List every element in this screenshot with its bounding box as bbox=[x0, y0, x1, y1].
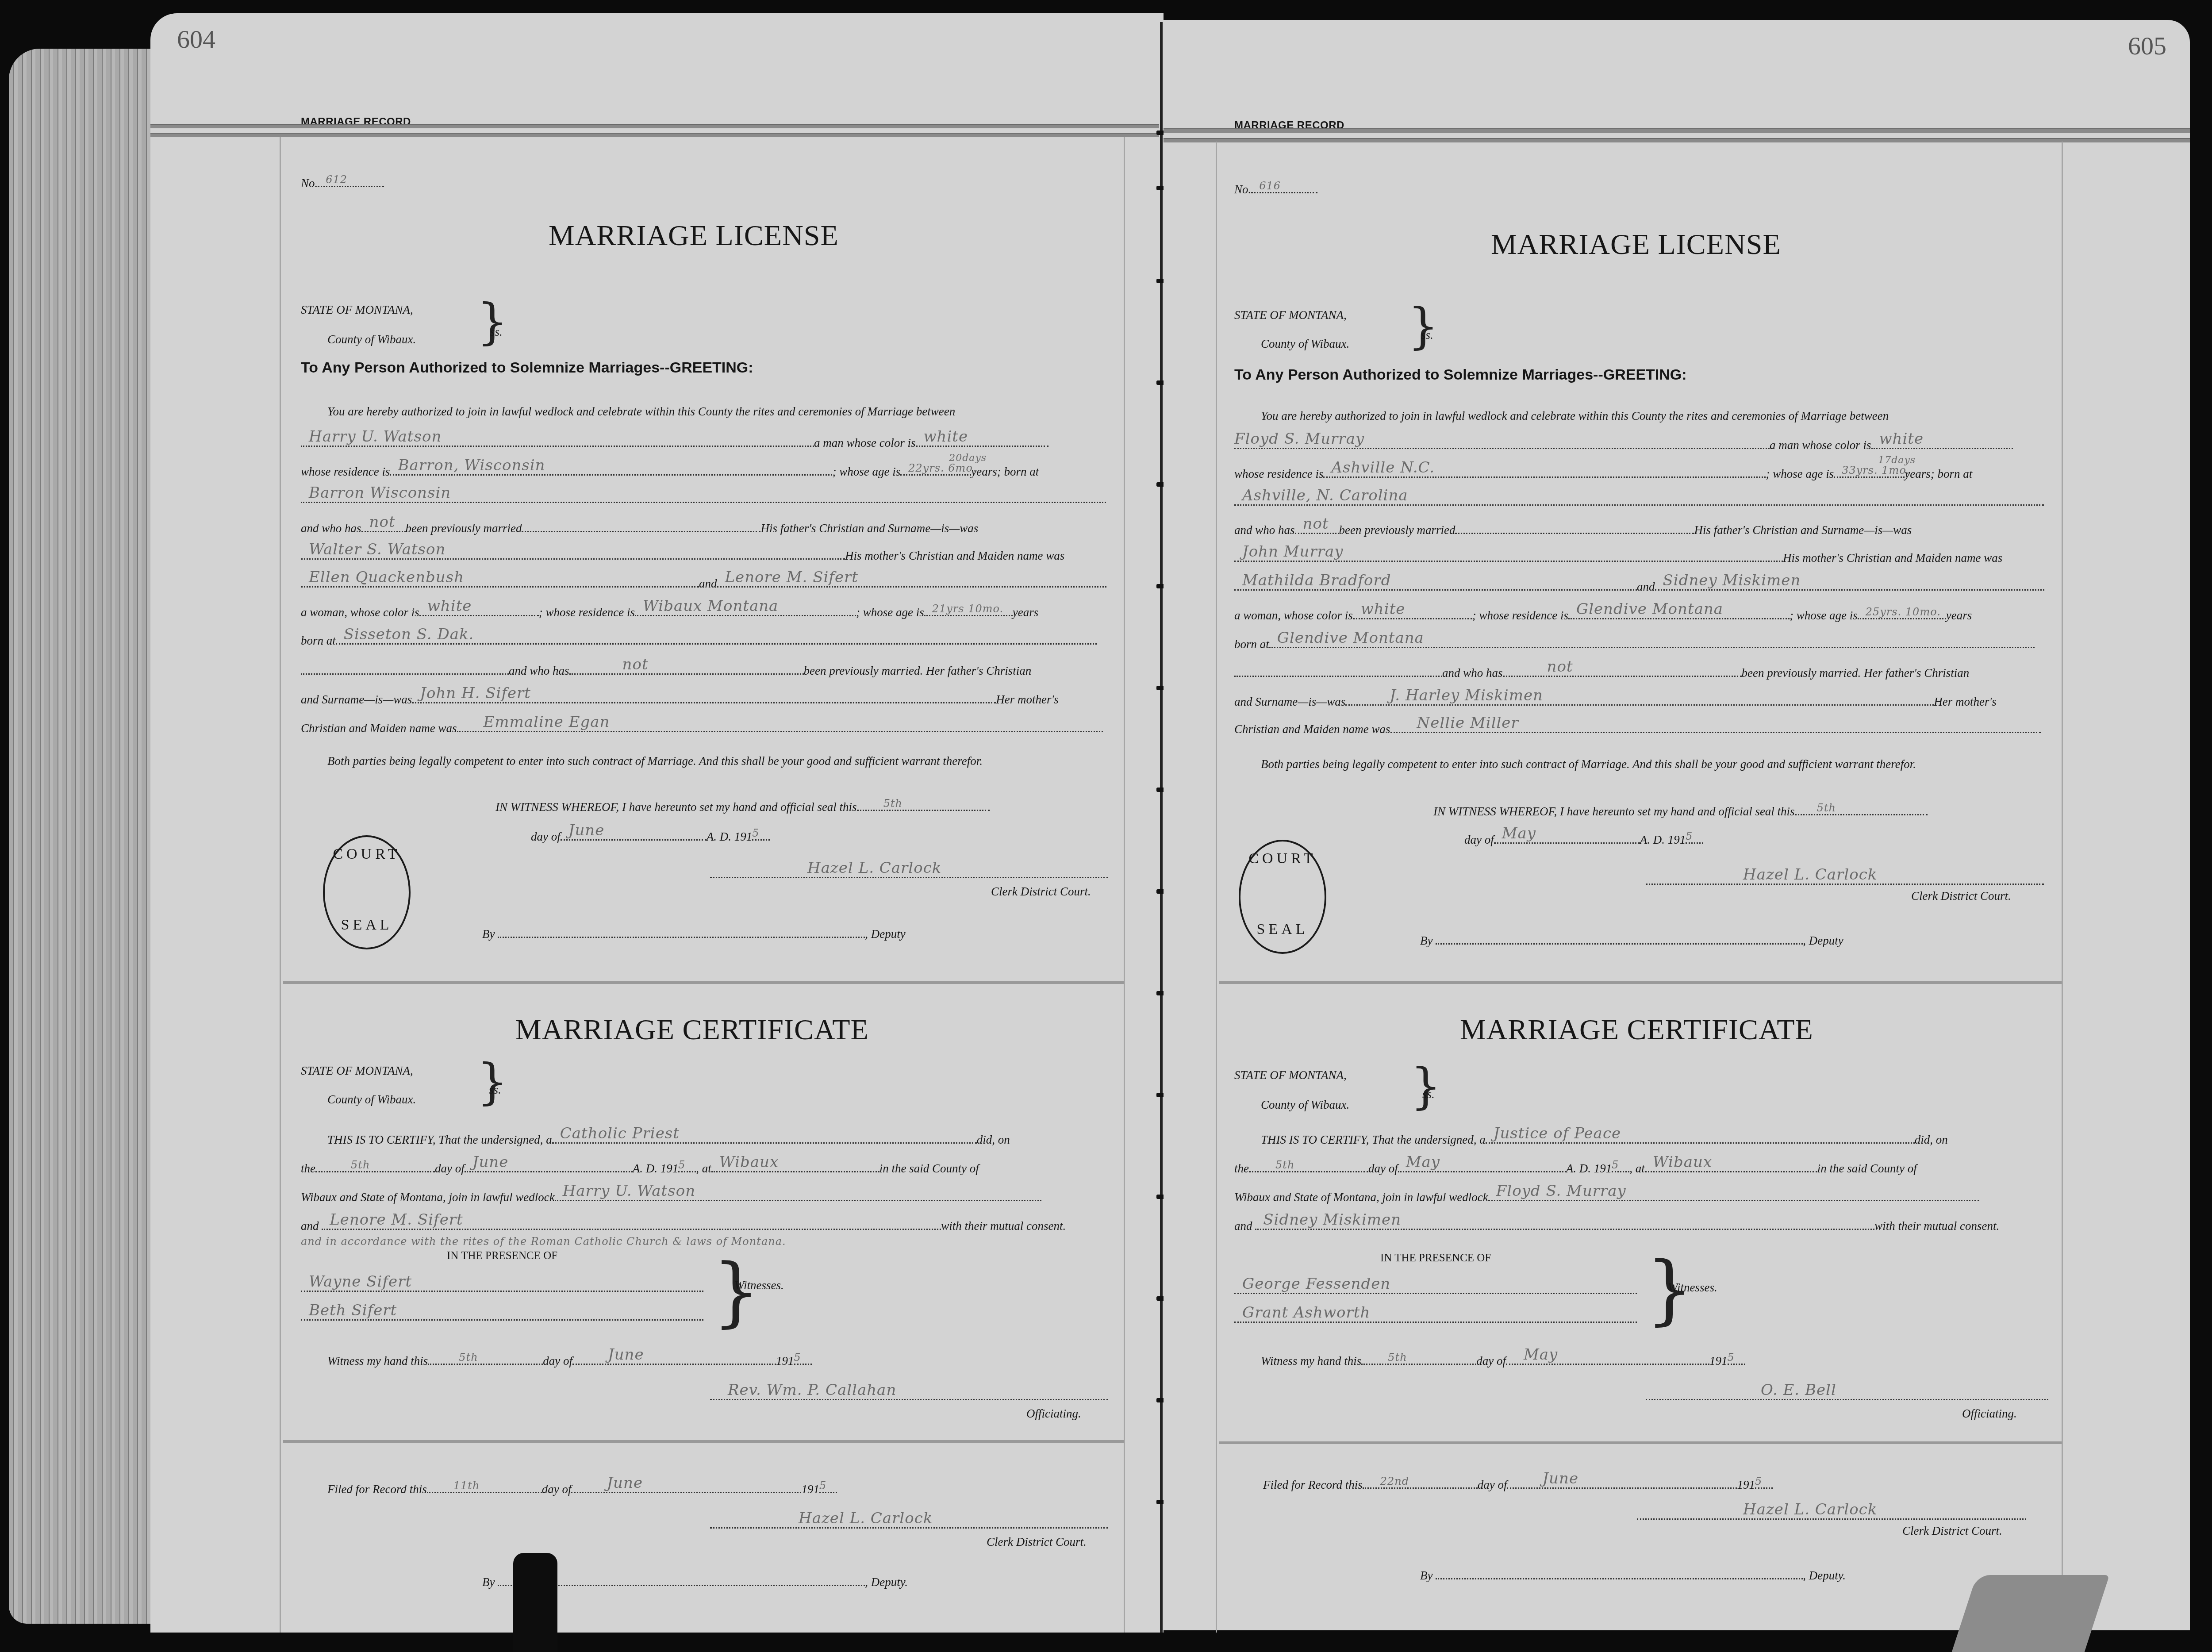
county-label: County of Wibaux. bbox=[1261, 337, 1349, 351]
license-number-field[interactable]: 612 bbox=[318, 176, 384, 187]
ceremony-month-field[interactable]: June bbox=[465, 1161, 633, 1172]
day-of-label: day of bbox=[542, 1483, 572, 1496]
the-label: the bbox=[1234, 1162, 1249, 1175]
right-section-divider-2 bbox=[1219, 1441, 2062, 1444]
certify-label: THIS IS TO CERTIFY, That the undersigned… bbox=[327, 1133, 552, 1146]
clerk-label: Clerk District Court. bbox=[991, 885, 1091, 899]
groom-residence-field[interactable]: Barron, Wisconsin bbox=[390, 465, 832, 476]
day-of-label: day of bbox=[1368, 1162, 1398, 1175]
bride-prev-label: been previously married. Her father's Ch… bbox=[1742, 666, 1970, 680]
cert-bride-field[interactable]: Sidney Miskimen bbox=[1255, 1219, 1874, 1230]
groom-mother-field[interactable]: Ellen Quackenbush bbox=[301, 576, 699, 588]
born-at-label: born at bbox=[1234, 638, 1269, 651]
witness-day-field[interactable]: 5th bbox=[1795, 804, 1928, 815]
bride-father-field[interactable]: John H. Sifert bbox=[412, 692, 996, 703]
ceremony-place-field[interactable]: Wibaux bbox=[1645, 1161, 1817, 1172]
county-label: County of Wibaux. bbox=[327, 1093, 416, 1106]
ad-label: A. D. 191 bbox=[1566, 1162, 1612, 1175]
bride-residence-field[interactable]: Glendive Montana bbox=[1568, 608, 1790, 619]
officiating-label: Officiating. bbox=[1962, 1407, 2017, 1421]
presence-label: IN THE PRESENCE OF bbox=[447, 1250, 557, 1262]
filed-month-field[interactable]: June bbox=[571, 1482, 801, 1493]
residence-label: whose residence is bbox=[301, 465, 390, 478]
residence-label: whose residence is bbox=[1234, 467, 1323, 480]
previously-married-label: been previously married bbox=[406, 522, 522, 535]
bride-color-field[interactable]: white bbox=[1353, 608, 1472, 619]
years-born-label: years; born at bbox=[971, 465, 1039, 478]
ss-label: ss. bbox=[1422, 1087, 1435, 1101]
right-header-rule-bottom bbox=[1164, 138, 2190, 142]
right-right-margin-line bbox=[2062, 142, 2063, 1633]
by-label: By bbox=[1420, 934, 1432, 947]
page-clip-left bbox=[513, 1553, 557, 1652]
born-at-label: born at bbox=[301, 634, 336, 647]
county-label: County of Wibaux. bbox=[1261, 1098, 1349, 1112]
did-on-label: did, on bbox=[1915, 1133, 1948, 1146]
cert-groom-field[interactable]: Harry U. Watson bbox=[555, 1190, 1041, 1201]
her-mother-label: Her mother's bbox=[1934, 695, 1997, 708]
filing-clerk-signature-field[interactable]: Hazel L. Carlock bbox=[710, 1518, 1108, 1529]
page-edges bbox=[9, 49, 159, 1624]
deputy-field[interactable] bbox=[498, 927, 865, 938]
year-prefix: 191 bbox=[801, 1483, 819, 1496]
filed-label: Filed for Record this bbox=[1263, 1478, 1363, 1491]
bride-mother-field[interactable]: Emmaline Egan bbox=[457, 721, 1103, 732]
right-page bbox=[1164, 20, 2190, 1630]
bride-age-field[interactable]: 25yrs. 10mo. bbox=[1858, 608, 1946, 619]
court-seal: COURT SEAL bbox=[323, 835, 411, 949]
filed-day-field[interactable]: 11th bbox=[427, 1482, 542, 1493]
witnesses-label: Witnesses. bbox=[1668, 1281, 1717, 1295]
clerk-label: Clerk District Court. bbox=[987, 1535, 1087, 1549]
witness-2-field[interactable]: Grant Ashworth bbox=[1234, 1312, 1637, 1323]
by-label: By bbox=[482, 927, 495, 941]
ss-label: ss. bbox=[1421, 328, 1433, 342]
witness-1-field[interactable]: Wayne Sifert bbox=[301, 1281, 703, 1292]
bride-age-label: ; whose age is bbox=[856, 606, 924, 619]
greeting-heading: To Any Person Authorized to Solemnize Ma… bbox=[301, 359, 753, 377]
filed-month-field[interactable]: June bbox=[1507, 1478, 1737, 1489]
bride-who-has-label: and who has bbox=[1442, 666, 1503, 680]
witness-month-field[interactable]: June bbox=[561, 830, 707, 841]
deputy-label: , Deputy bbox=[865, 927, 905, 941]
witness-1-field[interactable]: George Fessenden bbox=[1234, 1283, 1637, 1294]
witness-day-field[interactable]: 5th bbox=[857, 800, 990, 811]
intro-text: You are hereby authorized to join in law… bbox=[327, 405, 955, 419]
license-number-label: No. bbox=[301, 177, 318, 190]
and-label: and bbox=[1234, 1219, 1252, 1233]
groom-birthplace-field[interactable]: Barron Wisconsin bbox=[301, 492, 1106, 503]
hand-day-field[interactable]: 5th bbox=[428, 1354, 543, 1365]
groom-birthplace-field[interactable]: Ashville, N. Carolina bbox=[1234, 495, 2044, 506]
who-has-label: and who has bbox=[301, 522, 361, 535]
bride-age-field[interactable]: 21yrs 10mo. bbox=[924, 605, 1013, 616]
ss-label: ss. bbox=[490, 325, 503, 339]
right-margin-line bbox=[1216, 142, 1217, 1633]
presence-label: IN THE PRESENCE OF bbox=[1380, 1252, 1491, 1264]
clerk-label: Clerk District Court. bbox=[1902, 1524, 2002, 1538]
left-margin-line bbox=[280, 137, 281, 1633]
right-header-rule-top bbox=[1164, 128, 2190, 133]
groom-name-field[interactable]: Harry U. Watson bbox=[301, 436, 814, 447]
ceremony-day-field[interactable]: 5th bbox=[315, 1161, 435, 1172]
did-on-label: did, on bbox=[977, 1133, 1010, 1146]
cert-groom-field[interactable]: Floyd S. Murray bbox=[1488, 1190, 1979, 1201]
state-label: STATE OF MONTANA, bbox=[301, 1064, 413, 1078]
bride-color-field[interactable]: white bbox=[419, 605, 539, 616]
bride-birthplace-field[interactable]: Glendive Montana bbox=[1269, 637, 2035, 648]
year-prefix: 191 bbox=[1709, 1354, 1728, 1368]
year-prefix: 191 bbox=[1737, 1478, 1755, 1491]
ceremony-place-field[interactable]: Wibaux bbox=[711, 1161, 879, 1172]
page-clip-right bbox=[1952, 1575, 2110, 1652]
state-label: STATE OF MONTANA, bbox=[1234, 1068, 1347, 1082]
groom-residence-field[interactable]: Ashville N.C. bbox=[1323, 467, 1766, 478]
previously-married-label: been previously married bbox=[1339, 523, 1455, 537]
day-of-label: day of bbox=[531, 830, 561, 843]
groom-mother-field[interactable]: Mathilda Bradford bbox=[1234, 580, 1637, 591]
left-right-margin-line bbox=[1124, 137, 1125, 1633]
county-of-label: in the said County of bbox=[879, 1162, 979, 1175]
officiant-signature-field[interactable]: O. E. Bell bbox=[1646, 1389, 2048, 1400]
who-has-label: and who has bbox=[1234, 523, 1295, 537]
woman-color-label: a woman, whose color is bbox=[301, 606, 419, 619]
groom-color-field[interactable]: white bbox=[1871, 438, 2013, 449]
bride-age-label: ; whose age is bbox=[1790, 609, 1858, 622]
court-seal: COURT SEAL bbox=[1239, 840, 1326, 954]
officiant-title-field[interactable]: Catholic Priest bbox=[552, 1133, 977, 1144]
witness-whereof-text: IN WITNESS WHEREOF, I have hereunto set … bbox=[1433, 805, 1795, 818]
witnesses-label: Witnesses. bbox=[734, 1279, 784, 1292]
state-label: STATE OF MONTANA, bbox=[1234, 308, 1347, 322]
day-of-label: day of bbox=[1476, 1354, 1506, 1368]
ledger-book: 604 MARRIAGE RECORD No.612 MARRIAGE LICE… bbox=[0, 0, 2212, 1652]
filing-deputy-field[interactable] bbox=[1436, 1568, 1803, 1579]
groom-father-field[interactable]: John Murray bbox=[1234, 551, 1783, 562]
and-label: and bbox=[1637, 580, 1655, 593]
license-title: MARRIAGE LICENSE bbox=[1491, 228, 1781, 261]
consent-label: with their mutual consent. bbox=[941, 1219, 1066, 1233]
groom-previously-married-field[interactable]: not bbox=[361, 521, 406, 532]
bride-father-field[interactable]: J. Harley Miskimen bbox=[1345, 695, 1934, 706]
years-label: years bbox=[1013, 606, 1038, 619]
ad-label: A. D. 191 bbox=[707, 830, 753, 843]
left-marriage-license: No.612 MARRIAGE LICENSE STATE OF MONTANA… bbox=[292, 0, 1119, 982]
groom-age-field[interactable]: 33yrs. 1mo.17days bbox=[1834, 467, 1905, 478]
man-color-label: a man whose color is bbox=[1770, 438, 1871, 452]
clerk-signature-field[interactable]: Hazel L. Carlock bbox=[1646, 874, 2044, 885]
age-label: ; whose age is bbox=[1766, 467, 1834, 480]
officiant-title-field[interactable]: Justice of Peace bbox=[1486, 1133, 1915, 1144]
bride-prev-label: been previously married. Her father's Ch… bbox=[804, 664, 1032, 677]
left-section-divider-2 bbox=[283, 1440, 1124, 1443]
day-of-label: day of bbox=[435, 1162, 465, 1175]
her-mother-label: Her mother's bbox=[996, 693, 1059, 706]
maiden-label: Christian and Maiden name was bbox=[1234, 722, 1390, 736]
and-label: and bbox=[699, 577, 717, 590]
witness-hand-label: Witness my hand this bbox=[1261, 1354, 1361, 1368]
witness-2-field[interactable]: Beth Sifert bbox=[301, 1310, 703, 1321]
year-prefix: 191 bbox=[776, 1354, 794, 1368]
bride-name-field[interactable]: Sidney Miskimen bbox=[1655, 580, 2044, 591]
bride-mother-field[interactable]: Nellie Miller bbox=[1390, 722, 2041, 733]
mother-label: His mother's Christian and Maiden name w… bbox=[845, 549, 1064, 562]
clerk-label: Clerk District Court. bbox=[1911, 889, 2011, 903]
groom-name-field[interactable]: Floyd S. Murray bbox=[1234, 438, 1770, 449]
clerk-signature-field[interactable]: Hazel L. Carlock bbox=[710, 867, 1108, 878]
rites-annotation: and in accordance with the rites of the … bbox=[301, 1235, 786, 1248]
ad-label: A. D. 191 bbox=[633, 1162, 679, 1175]
by-label: By bbox=[1420, 1569, 1432, 1582]
certificate-title: MARRIAGE CERTIFICATE bbox=[1460, 1013, 1813, 1047]
officiating-label: Officiating. bbox=[1026, 1407, 1081, 1421]
greeting-heading: To Any Person Authorized to Solemnize Ma… bbox=[1234, 366, 1687, 384]
brace: } bbox=[1408, 302, 1439, 350]
intro-text: You are hereby authorized to join in law… bbox=[1261, 409, 1889, 423]
consent-label: with their mutual consent. bbox=[1874, 1219, 1999, 1233]
hand-day-field[interactable]: 5th bbox=[1361, 1354, 1476, 1365]
certify-label: THIS IS TO CERTIFY, That the undersigned… bbox=[1261, 1133, 1486, 1146]
right-page-number: 605 bbox=[2128, 31, 2166, 61]
ss-label: ss. bbox=[489, 1083, 501, 1097]
witness-whereof-text: IN WITNESS WHEREOF, I have hereunto set … bbox=[495, 800, 857, 814]
join-label: Wibaux and State of Montana, join in law… bbox=[1234, 1191, 1488, 1204]
father-label: His father's Christian and Surname—is—wa… bbox=[1694, 523, 1912, 537]
county-label: County of Wibaux. bbox=[327, 333, 416, 346]
and-label: and bbox=[301, 1219, 319, 1233]
deputy-label: , Deputy bbox=[1803, 934, 1843, 947]
scan-background-bottom bbox=[0, 1633, 2212, 1652]
license-number-field[interactable]: 616 bbox=[1251, 182, 1317, 193]
brace: } bbox=[1410, 1062, 1441, 1110]
competent-text: Both parties being legally competent to … bbox=[1261, 757, 1916, 771]
filing-clerk-signature-field[interactable]: Hazel L. Carlock bbox=[1637, 1509, 2026, 1520]
years-label: years bbox=[1946, 609, 1972, 622]
state-label: STATE OF MONTANA, bbox=[301, 303, 413, 317]
ad-label: A. D. 191 bbox=[1640, 833, 1686, 846]
bride-residence-label: ; whose residence is bbox=[539, 606, 635, 619]
at-label: , at bbox=[1629, 1162, 1645, 1175]
left-page-number: 604 bbox=[177, 24, 215, 54]
filed-day-field[interactable]: 22nd bbox=[1363, 1478, 1478, 1489]
right-section-divider-1 bbox=[1219, 981, 2062, 984]
day-of-label: day of bbox=[1464, 833, 1494, 846]
by-label: By bbox=[482, 1575, 495, 1589]
mother-label: His mother's Christian and Maiden name w… bbox=[1783, 551, 2002, 565]
join-label: Wibaux and State of Montana, join in law… bbox=[301, 1191, 555, 1204]
hand-month-field[interactable]: June bbox=[572, 1354, 776, 1365]
witness-hand-label: Witness my hand this bbox=[327, 1354, 428, 1368]
license-number-label: No. bbox=[1234, 183, 1251, 196]
bride-name-field[interactable]: Lenore M. Sifert bbox=[717, 576, 1106, 588]
bride-residence-field[interactable]: Wibaux Montana bbox=[635, 605, 856, 616]
witness-month-field[interactable]: May bbox=[1494, 833, 1640, 844]
county-of-label: in the said County of bbox=[1817, 1162, 1917, 1175]
filed-label: Filed for Record this bbox=[327, 1483, 427, 1496]
brace: } bbox=[477, 1057, 508, 1106]
bride-birthplace-field[interactable]: Sisseton S. Dak. bbox=[336, 634, 1097, 645]
officiant-signature-field[interactable]: Rev. Wm. P. Callahan bbox=[710, 1389, 1108, 1400]
competent-text: Both parties being legally competent to … bbox=[327, 754, 983, 768]
father-label: His father's Christian and Surname—is—wa… bbox=[760, 522, 978, 535]
ceremony-month-field[interactable]: May bbox=[1398, 1161, 1566, 1172]
ceremony-day-field[interactable]: 5th bbox=[1249, 1161, 1368, 1172]
bride-previously-married-field[interactable]: not bbox=[569, 664, 804, 675]
bride-who-has-label: and who has bbox=[509, 664, 569, 677]
cert-bride-field[interactable]: Lenore M. Sifert bbox=[322, 1219, 941, 1230]
the-label: the bbox=[301, 1162, 315, 1175]
hand-month-field[interactable]: May bbox=[1506, 1354, 1709, 1365]
maiden-label: Christian and Maiden name was bbox=[301, 722, 457, 735]
surname-label: and Surname—is—was bbox=[301, 693, 412, 706]
certificate-title: MARRIAGE CERTIFICATE bbox=[515, 1013, 869, 1047]
at-label: , at bbox=[696, 1162, 711, 1175]
man-color-label: a man whose color is bbox=[814, 436, 916, 449]
deputy-label: , Deputy. bbox=[1803, 1569, 1846, 1582]
deputy-label: , Deputy. bbox=[865, 1575, 908, 1589]
bride-residence-label: ; whose residence is bbox=[1472, 609, 1568, 622]
groom-previously-married-field[interactable]: not bbox=[1295, 523, 1339, 534]
groom-father-field[interactable]: Walter S. Watson bbox=[301, 549, 845, 560]
groom-color-field[interactable]: white bbox=[916, 436, 1048, 447]
age-label: ; whose age is bbox=[832, 465, 900, 478]
bride-previously-married-field[interactable]: not bbox=[1503, 666, 1742, 677]
years-born-label: years; born at bbox=[1905, 467, 1972, 480]
book-gutter bbox=[1160, 22, 1163, 1637]
day-of-label: day of bbox=[543, 1354, 572, 1368]
woman-color-label: a woman, whose color is bbox=[1234, 609, 1353, 622]
license-title: MARRIAGE LICENSE bbox=[549, 219, 839, 253]
day-of-label: day of bbox=[1478, 1478, 1507, 1491]
deputy-field[interactable] bbox=[1436, 934, 1803, 945]
groom-age-field[interactable]: 22yrs. 6mo.20days bbox=[900, 465, 971, 476]
surname-label: and Surname—is—was bbox=[1234, 695, 1345, 708]
